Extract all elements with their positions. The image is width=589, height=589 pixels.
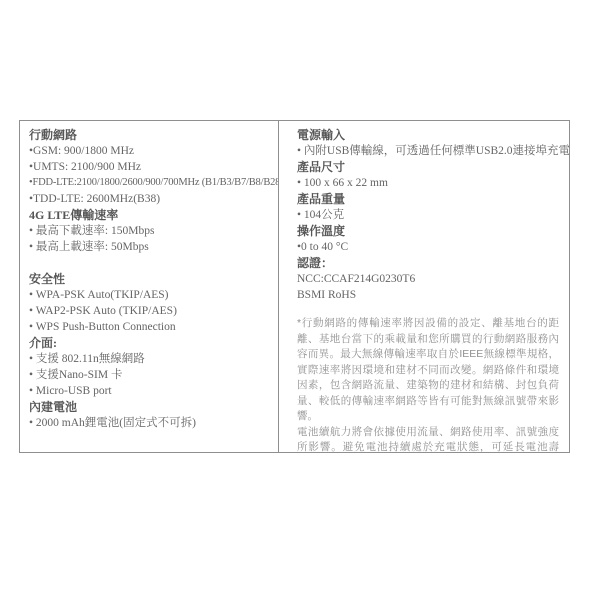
spec-item: •TDD-LTE: 2600MHz(B38) [29, 191, 276, 207]
section-heading: 電源輸入 [297, 127, 561, 143]
disclaimer-paragraph: *行動網路的傳輸速率將因設備的設定、離基地台的距離、基地台當下的乘載量和您所購買… [297, 316, 559, 425]
section-heading: 操作溫度 [297, 223, 561, 239]
section-heading: 介面: [29, 335, 276, 351]
spec-item: • 支援 802.11n無線網路 [29, 351, 276, 367]
spec-item: BSMI RoHS [297, 287, 561, 303]
section-heading: 產品重量 [297, 191, 561, 207]
spec-column-left: 行動網路•GSM: 900/1800 MHz•UMTS: 2100/900 MH… [20, 121, 279, 452]
spec-item: •UMTS: 2100/900 MHz [29, 159, 276, 175]
section-heading: 4G LTE傳輸速率 [29, 207, 276, 223]
spec-item: •GSM: 900/1800 MHz [29, 143, 276, 159]
page: { "colors": { "border": "#8f8f8f", "head… [0, 0, 589, 589]
disclaimer-paragraph: 電池續航力將會依據使用流量、網路使用率、訊號強度所影響。避免電池持續處於充電狀態… [297, 425, 559, 453]
spec-item: • 100 x 66 x 22 mm [297, 175, 561, 191]
section-heading: 內建電池 [29, 399, 276, 415]
section-heading: 產品尺寸 [297, 159, 561, 175]
spec-item: • Micro-USB port [29, 383, 276, 399]
spec-item: • 內附USB傳輸線，可透過任何標準USB2.0連接埠充電 [297, 143, 561, 159]
spec-item: NCC:CCAF214G0230T6 [297, 271, 561, 287]
spec-item: •FDD-LTE:2100/1800/2600/900/700MHz (B1/B… [29, 175, 276, 191]
spec-item: • 支援Nano-SIM 卡 [29, 367, 276, 383]
spec-table: 行動網路•GSM: 900/1800 MHz•UMTS: 2100/900 MH… [19, 120, 570, 453]
spec-item: • WPA-PSK Auto(TKIP/AES) [29, 287, 276, 303]
spec-item: • 2000 mAh鋰電池(固定式不可拆) [29, 415, 276, 431]
spec-item: • 104公克 [297, 207, 561, 223]
section-heading: 行動網路 [29, 127, 276, 143]
spec-column-right: 電源輸入• 內附USB傳輸線，可透過任何標準USB2.0連接埠充電產品尺寸• 1… [279, 121, 569, 452]
spec-item: • 最高下載速率: 150Mbps [29, 223, 276, 239]
spec-item: • WPS Push-Button Connection [29, 319, 276, 335]
section-heading: 認證： [297, 255, 561, 271]
disclaimer-block: *行動網路的傳輸速率將因設備的設定、離基地台的距離、基地台當下的乘載量和您所購買… [297, 316, 561, 452]
spec-item: • WAP2-PSK Auto (TKIP/AES) [29, 303, 276, 319]
section-heading: 安全性 [29, 271, 276, 287]
spec-item: • 最高上載速率: 50Mbps [29, 239, 276, 255]
spec-lines-right: 電源輸入• 內附USB傳輸線，可透過任何標準USB2.0連接埠充電產品尺寸• 1… [297, 127, 561, 303]
spec-item: •0 to 40 °C [297, 239, 561, 255]
